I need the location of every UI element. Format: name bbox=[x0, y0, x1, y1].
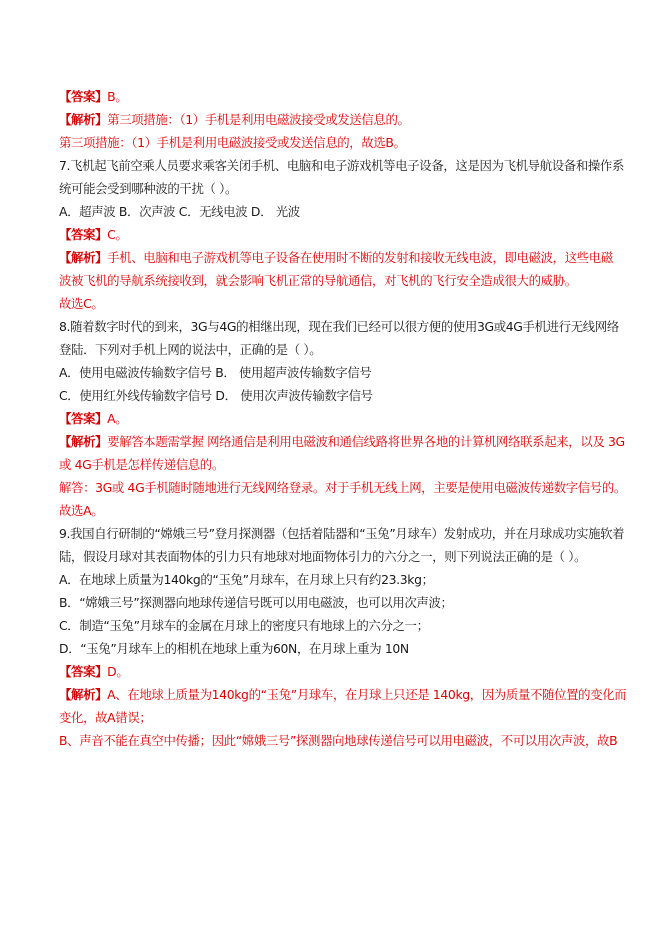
analysis-conclusion: 故选C。 bbox=[59, 292, 615, 315]
answer-label: 【答案】 bbox=[59, 227, 107, 242]
answer-label: 【答案】 bbox=[59, 664, 107, 679]
analysis-text: 或 4G手机是怎样传递信息的。 bbox=[59, 453, 615, 476]
analysis-label: 【解析】 bbox=[59, 250, 107, 265]
question-7-options: A．超声波 B．次声波 C．无线电波 D． 光波 bbox=[59, 200, 615, 223]
analysis-line-q9: 【解析】A、在地球上质量为140kg的“玉兔”月球车，在月球上只还是 140kg… bbox=[59, 683, 615, 706]
question-8-options-cd: C．使用红外线传输数字信号 D． 使用次声波传输数字信号 bbox=[59, 384, 615, 407]
analysis-text: 波被飞机的导航系统接收到，就会影响飞机正常的导航通信，对飞机的飞行安全造成很大的… bbox=[59, 269, 615, 292]
question-9-option-b: B．“嫦娥三号”探测器向地球传递信号既可以用电磁波，也可以用次声波； bbox=[59, 591, 615, 614]
analysis-label: 【解析】 bbox=[59, 434, 107, 449]
question-7-stem: 7.飞机起飞前空乘人员要求乘客关闭手机、电脑和电子游戏机等电子设备，这是因为飞机… bbox=[59, 154, 615, 177]
answer-line-q6: 【答案】B。 bbox=[59, 85, 615, 108]
question-9-stem: 9.我国自行研制的“嫦娥三号”登月探测器（包括着陆器和“玉兔”月球车）发射成功，… bbox=[59, 522, 615, 545]
question-8-stem-cont: 登陆．下列对手机上网的说法中，正确的是（ ）。 bbox=[59, 338, 615, 361]
analysis-line-q6: 【解析】第三项措施：（1）手机是利用电磁波接受或发送信息的。 bbox=[59, 108, 615, 131]
analysis-line-q8: 【解析】要解答本题需掌握 网络通信是利用电磁波和通信线路将世界各地的计算机网络联… bbox=[59, 430, 615, 453]
document-page: 【答案】B。 【解析】第三项措施：（1）手机是利用电磁波接受或发送信息的。 第三… bbox=[59, 85, 615, 752]
question-9-stem-cont: 陆，假设月球对其表面物体的引力只有地球对地面物体引力的六分之一，则下列说法正确的… bbox=[59, 545, 615, 568]
answer-line-q7: 【答案】C。 bbox=[59, 223, 615, 246]
analysis-line-q7: 【解析】手机、电脑和电子游戏机等电子设备在使用时不断的发射和接收无线电波，即电磁… bbox=[59, 246, 615, 269]
answer-label: 【答案】 bbox=[59, 89, 107, 104]
analysis-solution: 解答：3G或 4G手机随时随地进行无线网络登录。对于手机无线上网，主要是使用电磁… bbox=[59, 476, 615, 499]
analysis-text: B、声音不能在真空中传播；因此“嫦娥三号”探测器向地球传递信号可以用电磁波，不可… bbox=[59, 729, 615, 752]
question-7-stem-cont: 统可能会受到哪种波的干扰（ ）。 bbox=[59, 177, 615, 200]
answer-label: 【答案】 bbox=[59, 411, 107, 426]
analysis-conclusion: 故选A。 bbox=[59, 499, 615, 522]
answer-line-q8: 【答案】A。 bbox=[59, 407, 615, 430]
question-9-option-d: D．“玉兔”月球车上的相机在地球上重为60N，在月球上重为 10N bbox=[59, 637, 615, 660]
analysis-text: 第三项措施：（1）手机是利用电磁波接受或发送信息的，故选B。 bbox=[59, 131, 615, 154]
analysis-text: 变化，故A错误； bbox=[59, 706, 615, 729]
question-9-option-a: A．在地球上质量为140kg的“玉兔”月球车，在月球上只有约23.3kg； bbox=[59, 568, 615, 591]
answer-line-q9: 【答案】D。 bbox=[59, 660, 615, 683]
question-8-options-ab: A．使用电磁波传输数字信号 B． 使用超声波传输数字信号 bbox=[59, 361, 615, 384]
question-8-stem: 8.随着数字时代的到来，3G与4G的相继出现，现在我们已经可以很方便的使用3G或… bbox=[59, 315, 615, 338]
analysis-label: 【解析】 bbox=[59, 112, 107, 127]
analysis-label: 【解析】 bbox=[59, 687, 107, 702]
question-9-option-c: C．制造“玉兔”月球车的金属在月球上的密度只有地球上的六分之一； bbox=[59, 614, 615, 637]
